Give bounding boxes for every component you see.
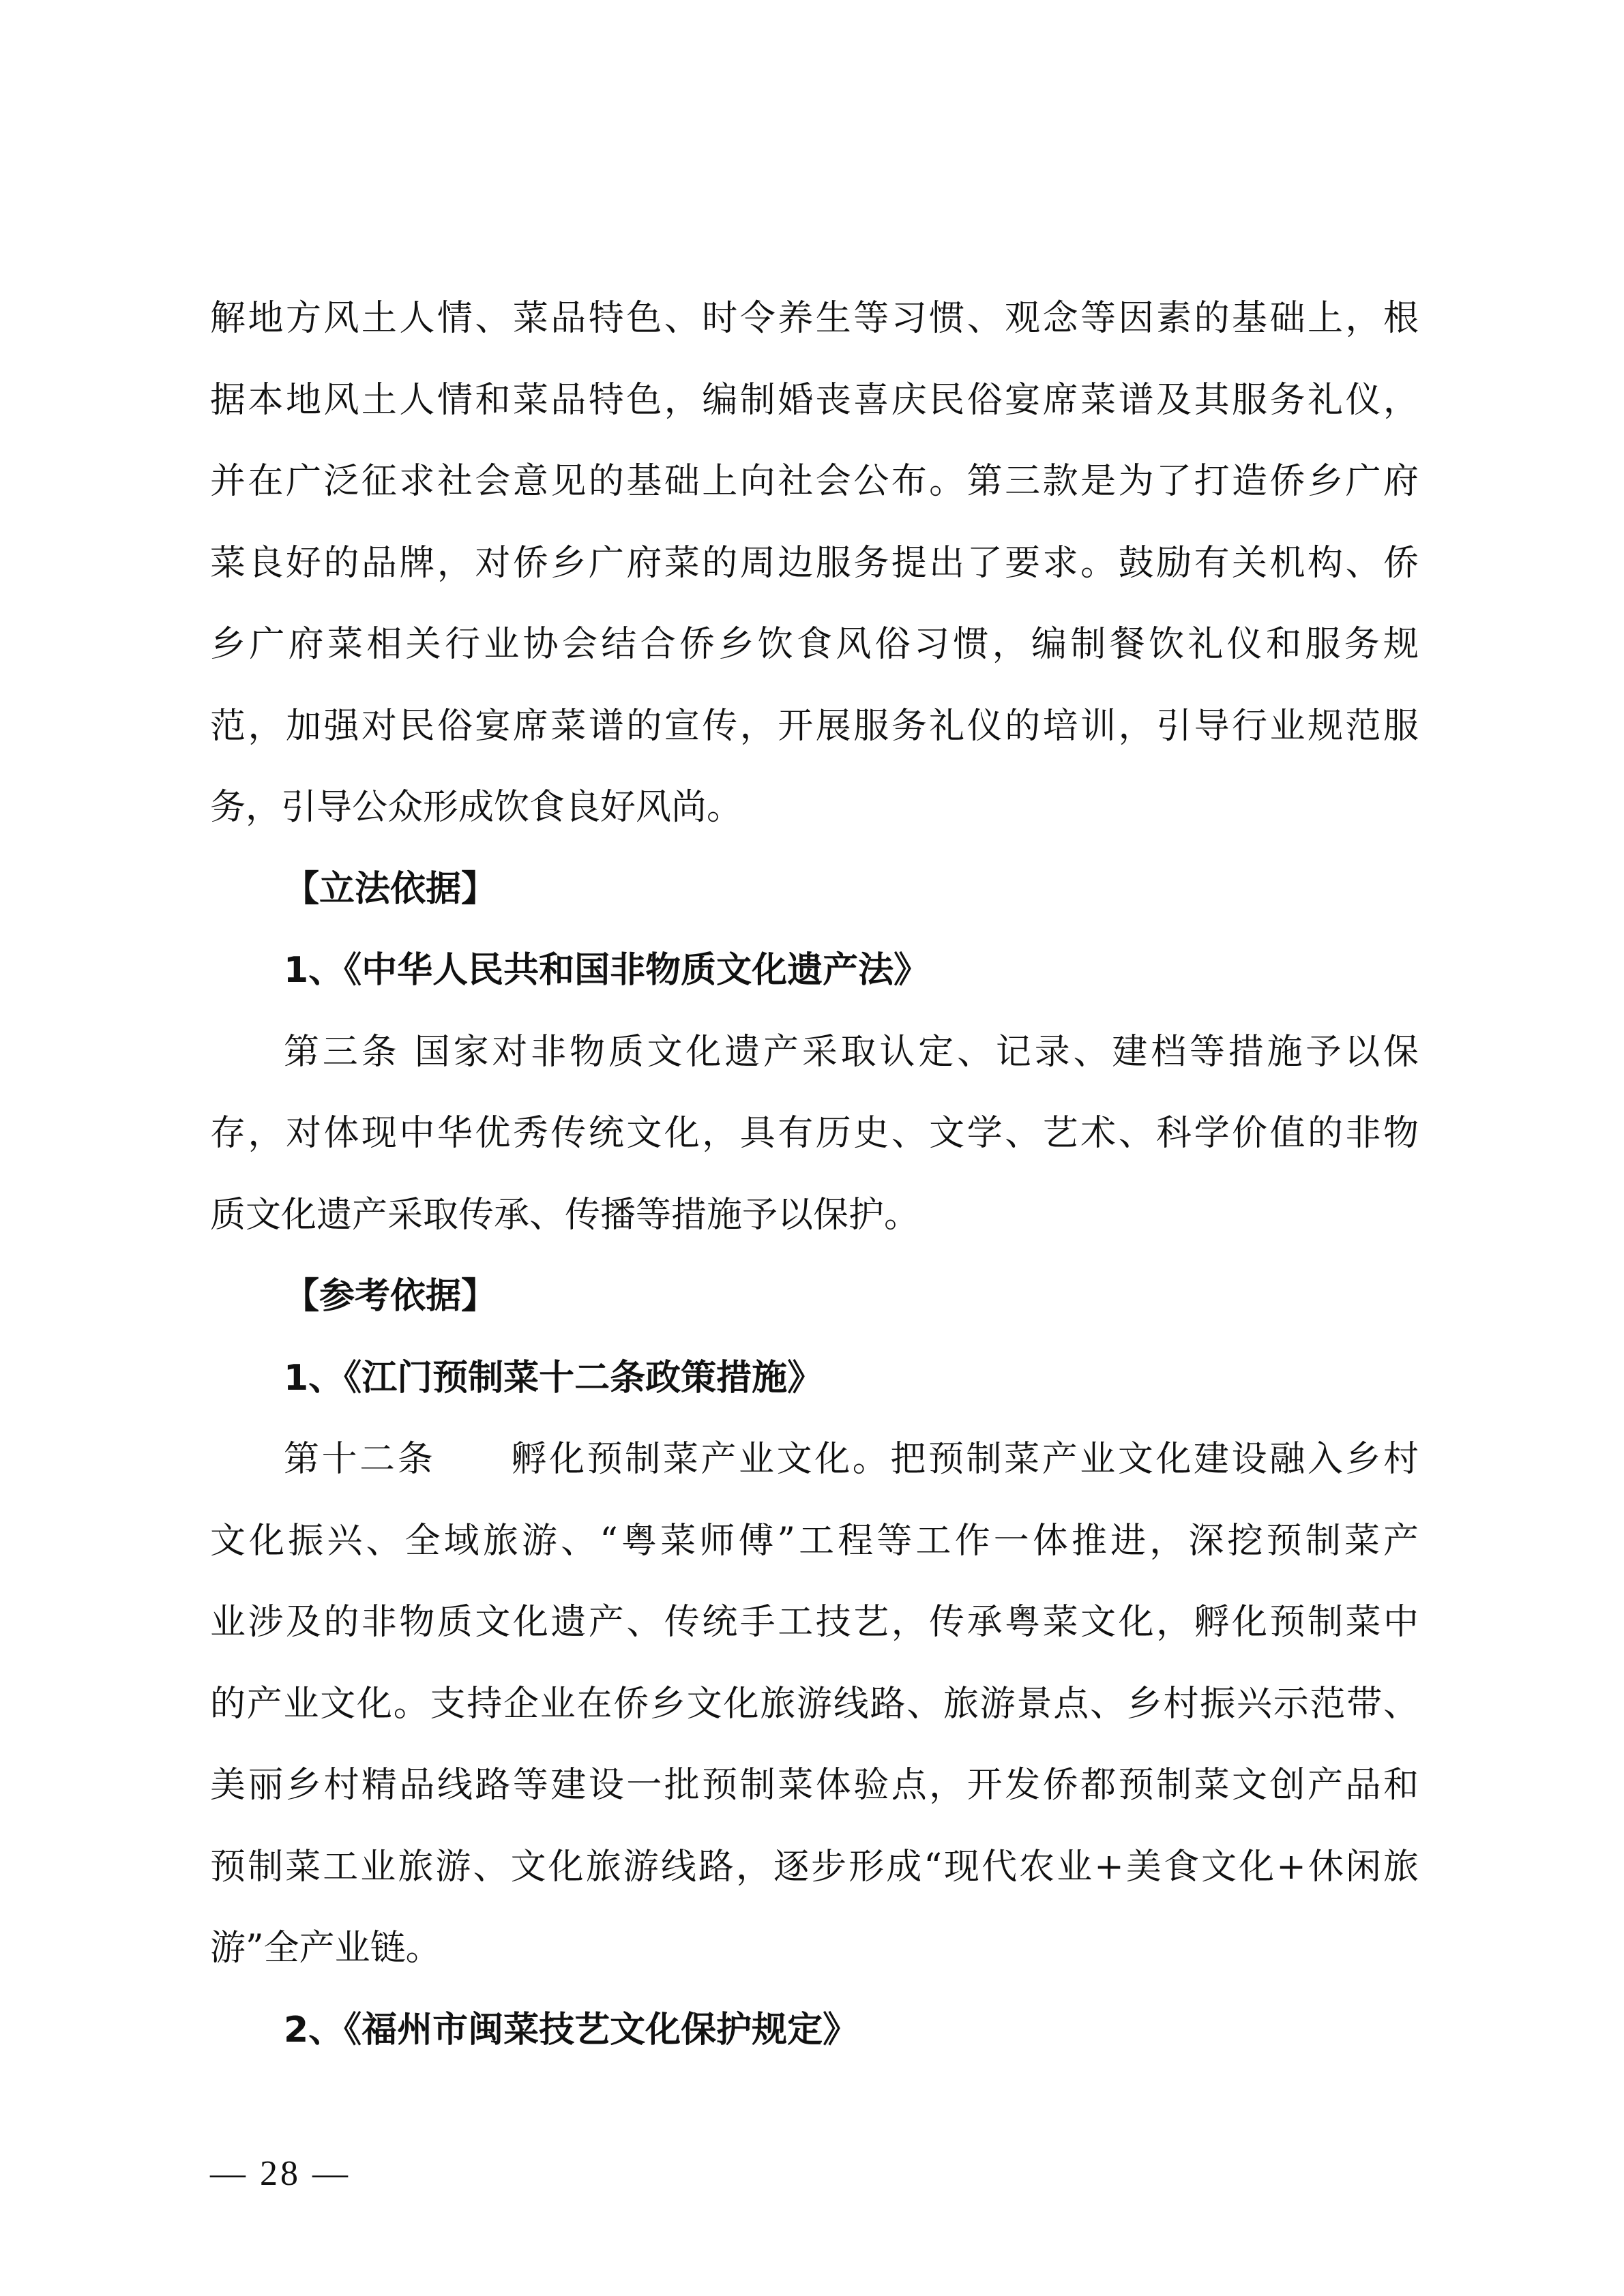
article-line: 的产业文化。支持企业在侨乡文化旅游线路、旅游景点、乡村振兴示范带、 [210, 1664, 1419, 1746]
page-number: — 28 — [210, 2147, 351, 2201]
section-heading-reference-basis: 【参考依据】 [210, 1256, 1419, 1338]
law-title: 1、《中华人民共和国非物质文化遗产法》 [210, 930, 1419, 1012]
paragraph-line: 并在广泛征求社会意见的基础上向社会公布。第三款是为了打造侨乡广府 [210, 441, 1419, 523]
body-text: 解地方风土人情、菜品特色、时令养生等习惯、观念等因素的基础上，根 据本地风土人情… [210, 278, 1419, 2071]
article-line: 第三条 国家对非物质文化遗产采取认定、记录、建档等措施予以保 [210, 1012, 1419, 1094]
article-line: 游”全产业链。 [210, 1908, 1419, 1990]
document-page: 解地方风土人情、菜品特色、时令养生等习惯、观念等因素的基础上，根 据本地风土人情… [0, 0, 1624, 2296]
article-line: 质文化遗产采取传承、传播等措施予以保护。 [210, 1175, 1419, 1257]
paragraph-line: 解地方风土人情、菜品特色、时令养生等习惯、观念等因素的基础上，根 [210, 278, 1419, 360]
article-line: 预制菜工业旅游、文化旅游线路，逐步形成“现代农业+美食文化+休闲旅 [210, 1827, 1419, 1909]
article-line: 第十二条 孵化预制菜产业文化。把预制菜产业文化建设融入乡村 [210, 1419, 1419, 1501]
paragraph-line: 据本地风土人情和菜品特色，编制婚丧喜庆民俗宴席菜谱及其服务礼仪， [210, 360, 1419, 442]
article-line: 文化振兴、全域旅游、“粤菜师傅”工程等工作一体推进，深挖预制菜产 [210, 1501, 1419, 1583]
paragraph-line: 范，加强对民俗宴席菜谱的宣传，开展服务礼仪的培训，引导行业规范服 [210, 686, 1419, 768]
article-line: 业涉及的非物质文化遗产、传统手工技艺，传承粤菜文化，孵化预制菜中 [210, 1582, 1419, 1664]
article-line: 美丽乡村精品线路等建设一批预制菜体验点，开发侨都预制菜文创产品和 [210, 1745, 1419, 1827]
paragraph-line: 菜良好的品牌，对侨乡广府菜的周边服务提出了要求。鼓励有关机构、侨 [210, 523, 1419, 605]
article-line: 存，对体现中华优秀传统文化，具有历史、文学、艺术、科学价值的非物 [210, 1093, 1419, 1175]
paragraph-line: 乡广府菜相关行业协会结合侨乡饮食风俗习惯，编制餐饮礼仪和服务规 [210, 604, 1419, 686]
regulation-title: 2、《福州市闽菜技艺文化保护规定》 [210, 1990, 1419, 2072]
section-heading-legislative-basis: 【立法依据】 [210, 849, 1419, 931]
policy-title: 1、《江门预制菜十二条政策措施》 [210, 1338, 1419, 1420]
paragraph-line: 务，引导公众形成饮食良好风尚。 [210, 767, 1419, 849]
